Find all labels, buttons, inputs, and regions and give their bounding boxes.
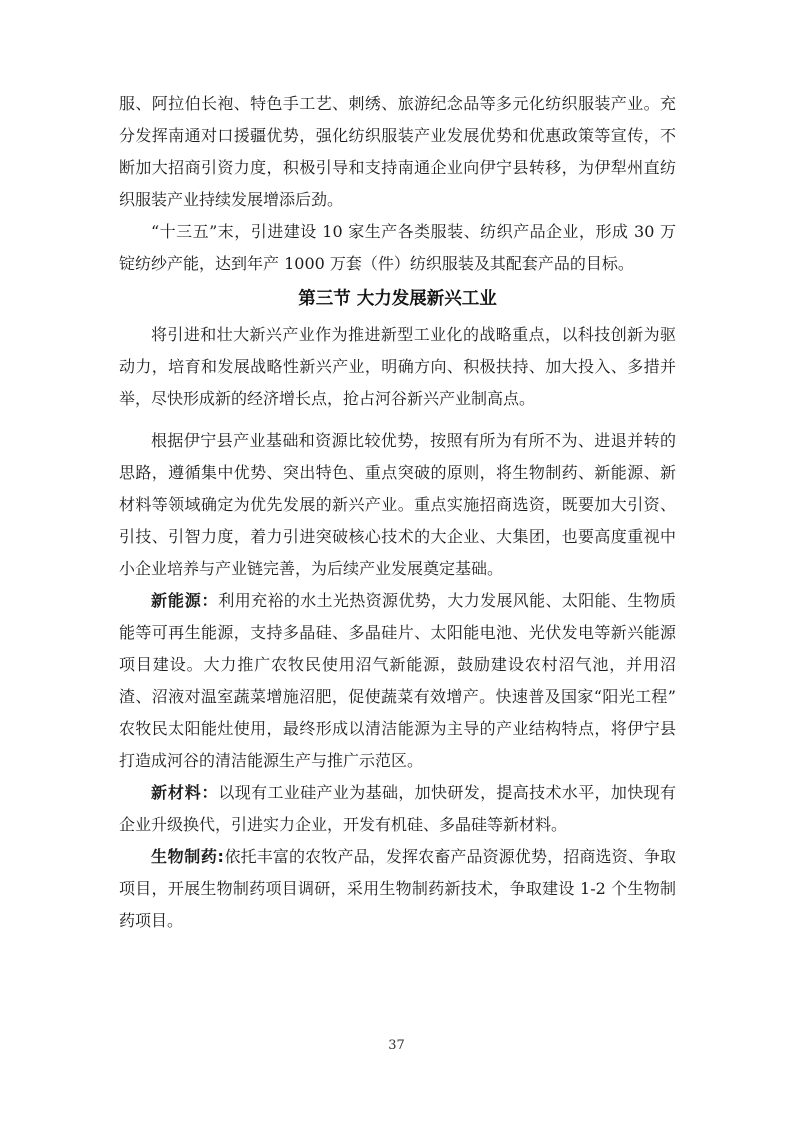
paragraph-new-energy: 新能源：利用充裕的水土光热资源优势，大力发展风能、太阳能、生物质能等可再生能源，… (119, 585, 676, 777)
section-heading: 第三节 大力发展新兴工业 (119, 283, 676, 315)
paragraph: “十三五”末，引进建设 10 家生产各类服装、纺织产品企业，形成 30 万锭纺纱… (119, 216, 676, 280)
paragraph-biopharma: 生物制药:依托丰富的农牧产品，发挥农畜产品资源优势，招商选资、争取项目，开展生物… (119, 841, 676, 937)
paragraph: 服、阿拉伯长袍、特色手工艺、刺绣、旅游纪念品等多元化纺织服装产业。充分发挥南通对… (119, 88, 676, 216)
paragraph: 根据伊宁县产业基础和资源比较优势，按照有所为有所不为、进退并转的思路，遵循集中优… (119, 425, 676, 585)
paragraph: 将引进和壮大新兴产业作为推进新型工业化的战略重点，以科技创新为驱动力，培育和发展… (119, 319, 676, 415)
document-page: 服、阿拉伯长袍、特色手工艺、刺绣、旅游纪念品等多元化纺织服装产业。充分发挥南通对… (0, 0, 793, 1122)
page-number: 37 (0, 1038, 793, 1053)
paragraph-lead: 新能源： (151, 591, 218, 610)
paragraph-text: 将引进和壮大新兴产业作为推进新型工业化的战略重点，以科技创新为驱动力，培育和发展… (119, 325, 676, 408)
document-content: 服、阿拉伯长袍、特色手工艺、刺绣、旅游纪念品等多元化纺织服装产业。充分发挥南通对… (119, 88, 676, 937)
paragraph-text: “十三五”末，引进建设 10 家生产各类服装、纺织产品企业，形成 30 万锭纺纱… (119, 222, 676, 273)
paragraph-text: 服、阿拉伯长袍、特色手工艺、刺绣、旅游纪念品等多元化纺织服装产业。充分发挥南通对… (119, 94, 676, 209)
paragraph-lead: 生物制药: (151, 847, 224, 866)
paragraph-text: 利用充裕的水土光热资源优势，大力发展风能、太阳能、生物质能等可再生能源，支持多晶… (119, 591, 676, 770)
paragraph-lead: 新材料： (151, 783, 218, 802)
paragraph-text: 根据伊宁县产业基础和资源比较优势，按照有所为有所不为、进退并转的思路，遵循集中优… (119, 431, 676, 578)
paragraph-new-materials: 新材料：以现有工业硅产业为基础，加快研发，提高技术水平，加快现有企业升级换代，引… (119, 777, 676, 841)
